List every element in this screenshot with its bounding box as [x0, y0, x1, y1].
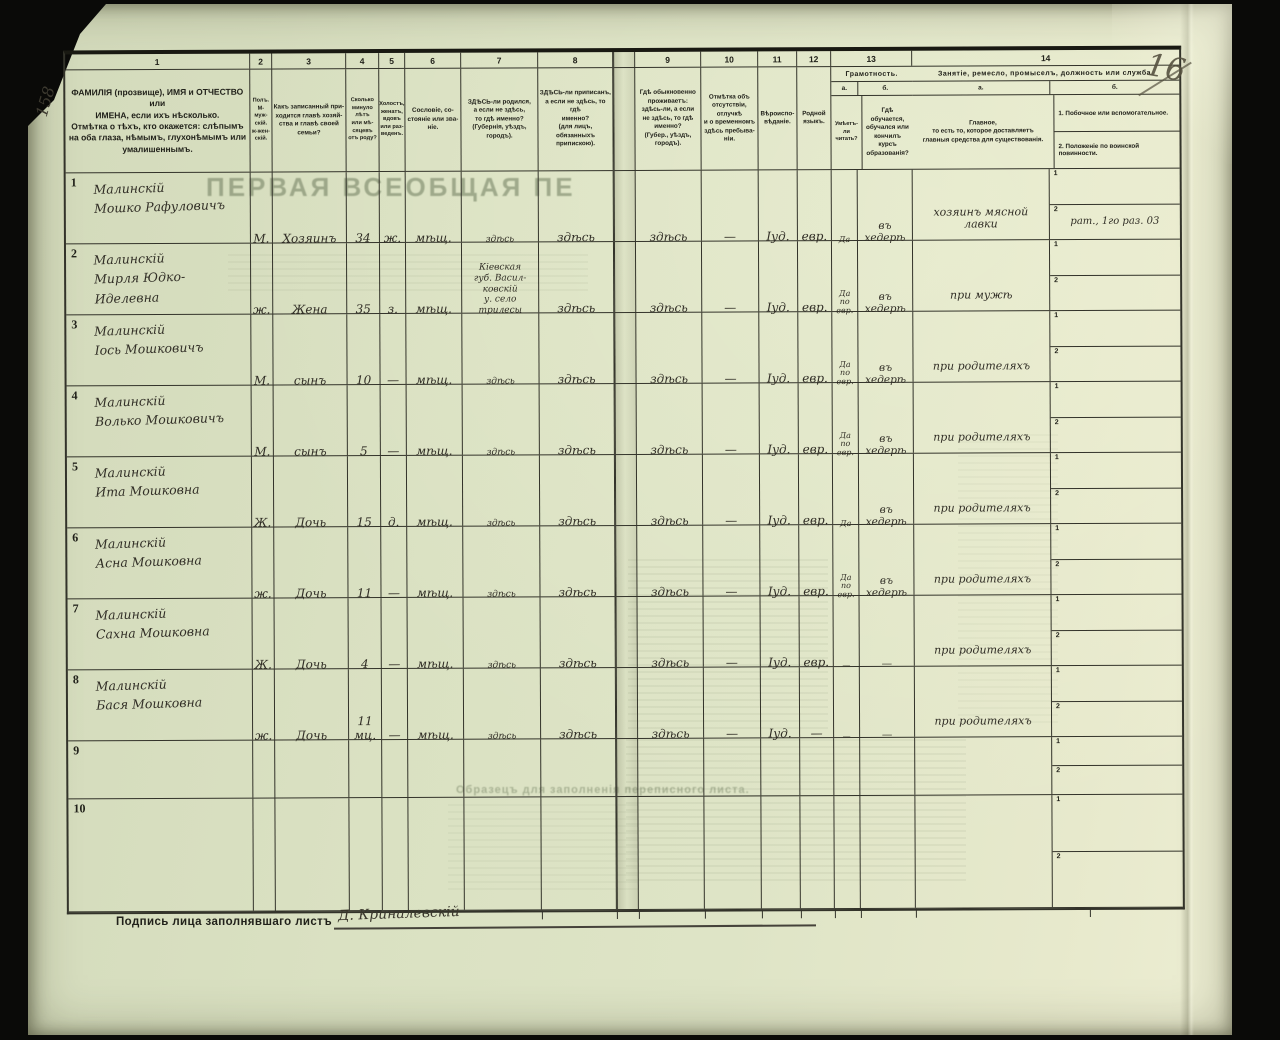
col-number: 5	[379, 53, 405, 68]
person-name: Малинскій Мошко Рафуловичъ	[93, 176, 225, 219]
row-number: 4	[72, 388, 78, 403]
header-occupation-side-2: 2. Положеніе по воинской повинности.	[1054, 132, 1179, 169]
cell-marital: —	[381, 527, 407, 597]
fold-gap	[614, 242, 636, 312]
cell-main-occupation: при родителяхъ	[914, 524, 1051, 595]
cell-language	[800, 796, 834, 908]
cell-language: —	[800, 667, 834, 737]
cell-sex	[253, 741, 275, 798]
cell-sex: ж.	[251, 244, 273, 314]
cell-relation: Дочь	[275, 598, 349, 668]
table-row: 4 Малинскій Волько Мошковичъ М. сынъ 5 —…	[67, 382, 1181, 458]
signature-label: Подпись лица заполнявшаго листъ	[116, 916, 332, 928]
cell-absence: —	[704, 596, 761, 666]
cell-residence	[638, 797, 704, 909]
cell-age: 4	[349, 598, 382, 668]
side-occupation-sub2: 2	[1052, 630, 1182, 665]
side-occupation-sub2: 2	[1052, 701, 1182, 736]
cell-name: 3 Малинскій Іось Мошковичъ	[66, 315, 251, 386]
table-row: 9 1 2	[68, 737, 1182, 800]
cell-age: 34	[347, 172, 380, 242]
cell-language: евр.	[799, 454, 833, 524]
cell-name: 8 Малинскій Бася Мошковна	[68, 670, 253, 741]
cell-relation: сынъ	[274, 385, 348, 455]
sub2-number: 2	[1055, 561, 1059, 568]
row-number: 9	[73, 743, 79, 758]
person-name: Малинскій Іось Мошковичъ	[94, 318, 204, 360]
person-name: Малинскій Мирля Юдко- Иделевна	[93, 248, 186, 309]
census-table: 1 2 3 4 5 6 7 8 9 10 11 12 13 14 ФАМИЛІЯ…	[63, 46, 1185, 915]
header-occupation-side-1: 1. Побочное или вспомогательное.	[1054, 95, 1179, 133]
header-occupation-title: Занятіе, ремесло, промыселъ, должность и…	[912, 66, 1179, 82]
header-sex: Полъ. М-муж- скій. ж-жен- скій.	[250, 70, 272, 172]
cell-marital	[382, 740, 408, 797]
side-occupation-sub1: 1	[1052, 795, 1182, 852]
cell-main-occupation: при мужѣ	[913, 240, 1050, 311]
cell-birthplace: здѣсь	[464, 597, 541, 667]
header-marital: Холостъ, женатъ, вдовъ или раз- веденъ.	[379, 69, 405, 171]
cell-registration: здѣсь	[541, 597, 616, 667]
sub2-number: 2	[1054, 206, 1058, 213]
cell-birthplace: здѣсь	[463, 384, 540, 454]
header-occupation-group: Занятіе, ремесло, промыселъ, должность и…	[912, 66, 1179, 169]
cell-age	[349, 740, 382, 797]
side2-value: рат., 1го раз. 03	[1070, 216, 1159, 228]
cell-relation: Дочь	[274, 456, 348, 526]
table-row: 1 Малинскій Мошко Рафуловичъ М. Хозяинъ …	[66, 169, 1180, 245]
cell-birthplace: здѣсь	[462, 313, 539, 383]
table-row: 10 1 2	[68, 795, 1182, 913]
cell-registration: здѣсь	[539, 242, 614, 312]
cell-estate: мѣщ.	[406, 243, 462, 313]
sub2-number: 2	[1055, 419, 1059, 426]
cell-estate: мѣщ.	[408, 669, 464, 739]
cell-residence: здѣсь	[637, 455, 703, 525]
cell-language: евр.	[798, 241, 832, 311]
side-occupation-sub1: 1	[1050, 240, 1180, 276]
cell-main-occupation: при родителяхъ	[914, 453, 1051, 524]
cell-registration: здѣсь	[541, 668, 616, 738]
cell-religion: Іуд.	[760, 454, 799, 524]
cell-can-read: —	[834, 596, 860, 666]
scanned-census-sheet: ПЕРВАЯ ВСЕОБЩАЯ ПЕ Образецъ для заполнен…	[28, 4, 1232, 1035]
cell-main-occupation: при родителяхъ	[915, 666, 1052, 737]
cell-birthplace: Кіевская губ. Васил- ковскій у. село три…	[462, 242, 539, 312]
sub2-number: 2	[1055, 490, 1059, 497]
sub1-number: 1	[1055, 525, 1059, 532]
side-occupation-sub1: 1	[1051, 453, 1181, 489]
cell-educated	[860, 738, 915, 795]
header-estate: Сословіе, со- стояніе или зва- ніе.	[405, 69, 461, 171]
cell-religion: Іуд.	[759, 241, 798, 311]
cell-can-read: Да	[833, 454, 859, 524]
sub2-number: 2	[1056, 767, 1060, 774]
cell-name: 6 Малинскій Асна Мошковна	[67, 528, 252, 599]
table-row: 6 Малинскій Асна Мошковна ж. Дочь 11 — м…	[67, 524, 1181, 600]
fold-gap	[616, 797, 638, 909]
cell-language	[800, 738, 834, 795]
cell-educated: въ хедерѣ	[858, 312, 913, 382]
cell-relation: Жена	[273, 243, 347, 313]
cell-registration: здѣсь	[540, 455, 615, 525]
side-occupation-sub1: 1	[1050, 169, 1180, 205]
header-occupation-side: 1. Побочное или вспомогательное. 2. Поло…	[1054, 95, 1179, 169]
cell-absence: —	[703, 525, 760, 595]
side-occupation-sub2: 2	[1050, 275, 1180, 310]
cell-birthplace	[464, 739, 541, 796]
cell-religion: Іуд.	[759, 312, 798, 382]
col-number: 12	[797, 51, 831, 66]
cell-side-occupation: 1 2	[1052, 666, 1182, 737]
header-literacy-group: Грамотность. а. б. Умѣетъ- ли читать? Гд…	[831, 67, 912, 169]
cell-name: 9	[68, 741, 253, 799]
cell-name: 10	[68, 799, 253, 912]
cell-side-occupation: 1 2	[1051, 453, 1181, 524]
header-occupation-a-label: а.	[912, 81, 1050, 95]
header-residence: Гдѣ обыкновенно проживаетъ: здѣсь-ли, а …	[635, 68, 701, 170]
cell-religion: Іуд.	[760, 525, 799, 595]
cell-marital: —	[382, 598, 408, 668]
cell-educated: —	[860, 596, 915, 666]
cell-residence: здѣсь	[637, 384, 703, 454]
row-number: 2	[71, 246, 77, 261]
signature-row: Подпись лица заполнявшаго листъ Д. Крина…	[116, 912, 332, 930]
cell-relation	[275, 740, 349, 797]
sub1-number: 1	[1054, 241, 1058, 248]
col-number: 13	[831, 51, 912, 66]
cell-can-read: Да по евр.	[832, 312, 858, 382]
cell-relation: сынъ	[273, 314, 347, 384]
side-occupation-sub1: 1	[1051, 524, 1181, 560]
cell-educated: въ хедерѣ	[858, 170, 913, 240]
sub2-number: 2	[1056, 632, 1060, 639]
cell-main-occupation	[915, 737, 1052, 795]
cell-registration: здѣсь	[540, 384, 615, 454]
rows-container: 1 Малинскій Мошко Рафуловичъ М. Хозяинъ …	[66, 169, 1183, 913]
cell-age: 11 мц.	[349, 669, 382, 739]
cell-relation: Дочь	[275, 669, 349, 739]
person-name: Малинскій Сахна Мошковна	[95, 602, 210, 644]
cell-main-occupation	[915, 795, 1052, 908]
cell-estate: мѣщ.	[408, 598, 464, 668]
cell-sex: ж.	[252, 528, 274, 598]
fold-gap	[613, 52, 635, 67]
header-registration: ЗДѢСЬ-ли приписанъ, а если не здѣсь, то …	[538, 68, 613, 170]
cell-language: евр.	[799, 525, 833, 595]
cell-side-occupation: 1 2	[1050, 240, 1180, 311]
person-name: Малинскій Бася Мошковна	[95, 673, 202, 715]
header-row: ФАМИЛІЯ (прозвище), ИМЯ и ОТЧЕСТВО или И…	[65, 66, 1179, 174]
fold-gap	[615, 526, 637, 596]
cell-main-occupation: при родителяхъ	[913, 311, 1050, 382]
cell-name: 4 Малинскій Волько Мошковичъ	[67, 386, 252, 457]
header-literacy-a-label: а.	[831, 82, 858, 95]
cell-registration	[541, 739, 616, 796]
fold-gap	[616, 739, 638, 796]
sub2-number: 2	[1054, 277, 1058, 284]
cell-age	[349, 798, 382, 910]
cell-absence: —	[702, 241, 759, 311]
cell-religion	[761, 738, 800, 795]
cell-absence	[704, 796, 761, 908]
cell-religion: Іуд.	[761, 596, 800, 666]
cell-main-occupation: при родителяхъ	[914, 382, 1051, 453]
cell-marital: д.	[381, 456, 407, 526]
cell-birthplace: здѣсь	[464, 668, 541, 738]
cell-age: 10	[347, 314, 380, 384]
cell-side-occupation: 1 2	[1052, 795, 1182, 908]
cell-absence: —	[703, 383, 760, 453]
header-literacy-title: Грамотность.	[831, 67, 912, 82]
cell-absence: —	[704, 667, 761, 737]
cell-relation: Дочь	[274, 527, 348, 597]
cell-educated: въ хедерѣ	[859, 454, 914, 524]
cell-absence	[704, 738, 761, 795]
sub1-number: 1	[1056, 796, 1060, 803]
col-number: 8	[538, 52, 613, 67]
col-number: 2	[250, 54, 272, 69]
age-value: 11 мц.	[349, 715, 381, 743]
cell-residence: здѣсь	[636, 313, 702, 383]
row-number: 10	[73, 801, 85, 816]
cell-educated: въ хедерѣ	[859, 525, 914, 595]
cell-educated: въ хедерѣ	[858, 241, 913, 311]
fold-gap	[614, 313, 636, 383]
cell-residence: здѣсь	[638, 668, 704, 738]
side-occupation-sub1: 1	[1052, 595, 1182, 631]
cell-language: евр.	[799, 383, 833, 453]
cell-side-occupation: 1 2	[1050, 311, 1180, 382]
cell-birthplace: здѣсь	[463, 526, 540, 596]
side-occupation-sub1: 1	[1051, 382, 1181, 418]
side-occupation-sub2: 2	[1051, 417, 1181, 452]
cell-absence: —	[702, 170, 759, 240]
cell-estate	[408, 740, 464, 797]
cell-name: 5 Малинскій Ита Мошковна	[67, 457, 252, 528]
cell-side-occupation: 1 2	[1051, 382, 1181, 453]
cell-name: 7 Малинскій Сахна Мошковна	[68, 599, 253, 670]
sub1-number: 1	[1056, 667, 1060, 674]
col-number: 10	[701, 51, 758, 66]
sub1-number: 1	[1054, 312, 1058, 319]
sub1-number: 1	[1055, 383, 1059, 390]
cell-religion: Іуд.	[760, 383, 799, 453]
table-row: 7 Малинскій Сахна Мошковна Ж. Дочь 4 — м…	[68, 595, 1182, 671]
header-can-read: Умѣетъ- ли читать?	[831, 96, 862, 169]
side-occupation-sub2: 2	[1052, 766, 1182, 795]
col-number: 9	[635, 52, 701, 67]
cell-sex	[253, 799, 275, 911]
cell-residence: здѣсь	[636, 171, 702, 241]
cell-registration: здѣсь	[539, 171, 614, 241]
header-birthplace: ЗДѢСЬ-ли родился, а если не здѣсь, то гд…	[461, 68, 538, 170]
bottom-column-ticks	[69, 912, 70, 921]
cell-estate	[408, 798, 464, 910]
col-number: 4	[346, 53, 379, 68]
cell-can-read	[834, 738, 860, 795]
cell-relation: Хозяинъ	[273, 172, 347, 242]
cell-can-read	[834, 796, 860, 908]
cell-estate: мѣщ.	[406, 172, 462, 242]
col-number: 14	[912, 50, 1179, 66]
cell-marital: —	[380, 314, 406, 384]
side-occupation-sub1: 1	[1050, 311, 1180, 347]
cell-residence: здѣсь	[638, 597, 704, 667]
header-relation: Какъ записанный при- ходится главѣ хозяй…	[272, 69, 346, 171]
cell-sex: М.	[251, 173, 273, 243]
cell-age: 15	[348, 456, 381, 526]
cell-language: евр.	[798, 170, 832, 240]
sub1-number: 1	[1056, 738, 1060, 745]
cell-name: 2 Малинскій Мирля Юдко- Иделевна	[66, 244, 251, 315]
cell-religion: Іуд.	[761, 667, 800, 737]
row-number: 3	[71, 317, 77, 332]
fold-gap	[615, 455, 637, 525]
person-name: Малинскій Волько Мошковичъ	[94, 389, 224, 432]
cell-educated: —	[860, 667, 915, 737]
cell-sex: ж.	[253, 670, 275, 740]
side-occupation-sub2: 2	[1051, 559, 1181, 594]
sub1-number: 1	[1056, 596, 1060, 603]
table-row: 2 Малинскій Мирля Юдко- Иделевна ж. Жена…	[66, 240, 1180, 316]
cell-birthplace	[464, 797, 541, 909]
row-number: 6	[72, 530, 78, 545]
cell-name: 1 Малинскій Мошко Рафуловичъ	[66, 173, 251, 244]
cell-side-occupation: 1 2	[1051, 524, 1181, 595]
cell-educated	[860, 796, 915, 908]
cell-can-read: Да по евр.	[833, 525, 859, 595]
cell-main-occupation: хозяинъ мясной лавки	[913, 169, 1050, 240]
cell-residence	[638, 739, 704, 796]
row-number: 1	[71, 175, 77, 190]
cell-marital: ж.	[380, 172, 406, 242]
cell-main-occupation: при родителяхъ	[915, 595, 1052, 666]
fold-gap	[614, 171, 636, 241]
cell-educated: въ хедерѣ	[859, 383, 914, 453]
cell-estate: мѣщ.	[407, 385, 463, 455]
cell-relation	[275, 798, 349, 910]
cell-birthplace: здѣсь	[463, 455, 540, 525]
side-occupation-sub2: 2	[1053, 851, 1183, 907]
sub2-number: 2	[1054, 348, 1058, 355]
cell-registration	[541, 797, 616, 909]
cell-registration: здѣсь	[539, 313, 614, 383]
col-number: 11	[758, 51, 797, 66]
cell-language: евр.	[800, 596, 834, 666]
cell-marital	[382, 798, 408, 910]
cell-sex: Ж.	[252, 457, 274, 527]
header-name: ФАМИЛІЯ (прозвище), ИМЯ и ОТЧЕСТВО или И…	[65, 70, 250, 173]
signature-handwriting: Д. Криналевскій	[338, 904, 460, 924]
signature-underline	[334, 924, 816, 929]
cell-sex: М.	[251, 315, 273, 385]
table-row: 3 Малинскій Іось Мошковичъ М. сынъ 10 — …	[66, 311, 1180, 387]
side-occupation-sub2: 2 рат., 1го раз. 03	[1050, 204, 1180, 239]
main-occupation-value: хозяинъ мясной лавки	[933, 206, 1028, 244]
cell-can-read: Да	[832, 170, 858, 240]
cell-side-occupation: 1 2	[1052, 595, 1182, 666]
col-number: 6	[405, 53, 461, 68]
cell-can-read: Да по евр.	[832, 241, 858, 311]
person-name: Малинскій Асна Мошковна	[95, 531, 202, 573]
cell-language: евр.	[798, 312, 832, 382]
cell-marital: з.	[380, 243, 406, 313]
cell-religion	[761, 796, 800, 908]
row-number: 8	[73, 672, 79, 687]
fold-gap	[616, 597, 638, 667]
sub2-number: 2	[1056, 703, 1060, 710]
sub1-number: 1	[1055, 454, 1059, 461]
col-number: 3	[272, 53, 346, 68]
sub1-number: 1	[1054, 170, 1058, 177]
cell-registration: здѣсь	[540, 526, 615, 596]
side-occupation-sub2: 2	[1051, 488, 1181, 523]
cell-age: 5	[348, 385, 381, 455]
cell-can-read: Да по евр.	[833, 383, 859, 453]
row-number: 5	[72, 459, 78, 474]
cell-birthplace: здѣсь	[462, 171, 539, 241]
table-row: 5 Малинскій Ита Мошковна Ж. Дочь 15 д. м…	[67, 453, 1181, 529]
cell-absence: —	[703, 454, 760, 524]
cell-side-occupation: 1 2	[1052, 737, 1182, 795]
fold-gap	[615, 384, 637, 454]
cell-estate: мѣщ.	[406, 314, 462, 384]
table-row: 8 Малинскій Бася Мошковна ж. Дочь 11 мц.…	[68, 666, 1182, 742]
cell-religion: Іуд.	[759, 170, 798, 240]
person-name: Малинскій Ита Мошковна	[94, 460, 199, 502]
header-age: Сколько минуло лѣтъ или мѣ- сяцевъ отъ р…	[346, 69, 379, 171]
header-religion: Вѣроиспо- вѣданіе.	[758, 67, 797, 169]
cell-side-occupation: 1 2 рат., 1го раз. 03	[1050, 169, 1180, 240]
cell-estate: мѣщ.	[407, 527, 463, 597]
birthplace-value: Кіевская губ. Васил- ковскій у. село три…	[474, 262, 527, 316]
cell-residence: здѣсь	[637, 526, 703, 596]
cell-can-read: —	[834, 667, 860, 737]
row-number: 7	[73, 601, 79, 616]
header-language: Родной языкъ.	[797, 67, 831, 169]
cell-age: 35	[347, 243, 380, 313]
header-educated-where: Гдѣ обучается, обучался или кончилъ курс…	[862, 96, 912, 169]
sub2-number: 2	[1057, 853, 1061, 860]
fold-gap	[616, 668, 638, 738]
header-literacy-b-label: б.	[858, 82, 912, 95]
side-occupation-sub1: 1	[1052, 737, 1182, 767]
cell-marital: —	[382, 669, 408, 739]
cell-sex: Ж.	[253, 599, 275, 669]
cell-estate: мѣщ.	[407, 456, 463, 526]
cell-absence: —	[702, 312, 759, 382]
cell-age: 11	[348, 527, 381, 597]
side-occupation-sub2: 2	[1050, 346, 1180, 381]
side-occupation-sub1: 1	[1052, 666, 1182, 702]
fold-gap	[613, 68, 635, 170]
cell-residence: здѣсь	[636, 242, 702, 312]
header-absence: Отмѣтка объ отсутствіи, отлучкѣ и о врем…	[701, 67, 758, 169]
col-number: 7	[461, 52, 538, 67]
cell-marital: —	[381, 385, 407, 455]
col-number: 1	[65, 54, 250, 70]
cell-sex: М.	[252, 386, 274, 456]
header-occupation-main: Главное, то есть то, которое доставляетъ…	[912, 95, 1054, 169]
